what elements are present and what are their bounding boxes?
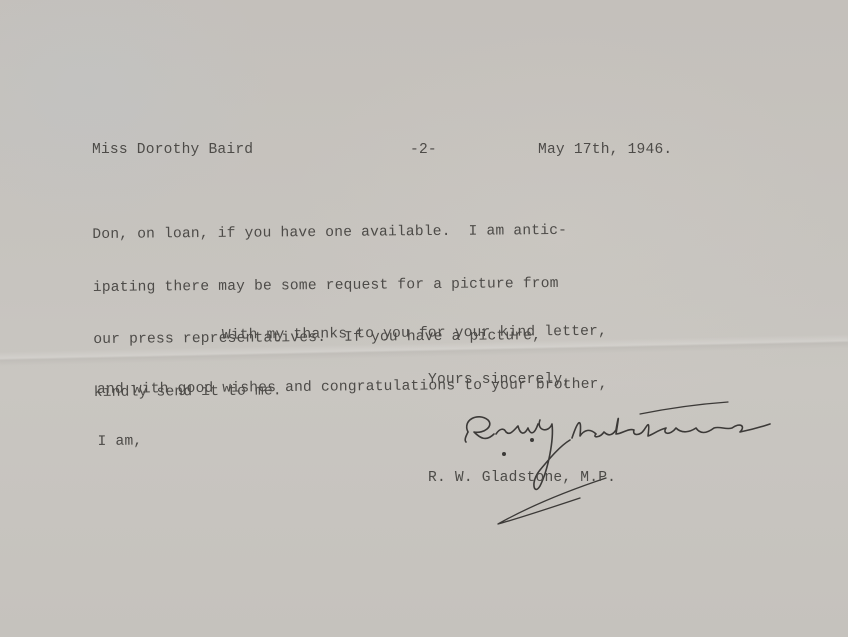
typed-signatory-name: R. W. Gladstone, M.P. — [428, 470, 616, 486]
body-line: Don, on loan, if you have one available.… — [92, 223, 567, 245]
recipient-name: Miss Dorothy Baird — [92, 142, 253, 158]
letter-date: May 17th, 1946. — [538, 142, 672, 158]
closing-salutation: Yours sincerely, — [428, 372, 571, 388]
body-line: With my thanks to you for your kind lett… — [96, 324, 607, 347]
body-line: I am, — [97, 429, 608, 452]
page-number: -2- — [410, 142, 437, 158]
